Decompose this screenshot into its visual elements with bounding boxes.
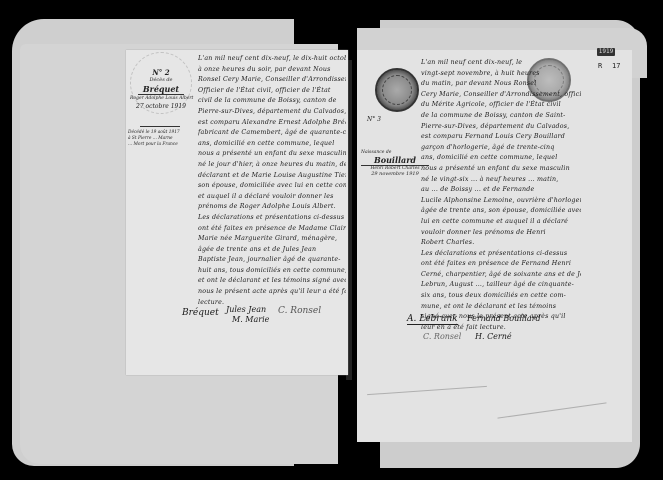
margin-divider: [140, 126, 180, 127]
paper-crease: [497, 402, 606, 418]
signature-declarant: Bréquet: [182, 308, 219, 318]
right-page: N° 3 Naissance de Bouillard Henri Robert…: [357, 50, 632, 442]
signature-declarant: Fernand Bouillard: [467, 314, 541, 323]
official-seal-icon: [375, 68, 419, 112]
folio-number: 17: [612, 62, 620, 70]
signature-witness-2: H. Cerné: [475, 332, 512, 341]
act-date: 29 novembre 1919: [361, 171, 429, 177]
signature-witness-1: Jules Jean: [226, 305, 266, 314]
act-given-names: Roger Adolphe Louis Albert: [130, 96, 192, 101]
left-act-body: L'an mil neuf cent dix-neuf, le dix-huit…: [198, 54, 346, 308]
signature-officer: C. Ronsel: [278, 306, 321, 316]
signature-witness-2: M. Marie: [232, 315, 269, 324]
right-act-number: N° 3: [359, 116, 389, 123]
act-number: N° 2: [130, 68, 192, 77]
act-surname: Bréquet: [138, 84, 184, 95]
paper-crease: [367, 386, 487, 395]
act-date: 27 octobre 1919: [130, 103, 192, 110]
folio-mark: R: [598, 62, 602, 70]
left-page: N° 2 Décès de Bréquet Roger Adolphe Loui…: [126, 50, 348, 375]
reference-tab: 1919: [597, 48, 615, 56]
right-margin-annotation: Naissance de Bouillard Henri Robert Char…: [361, 150, 429, 177]
signature-officer: C. Ronsel: [423, 332, 461, 341]
act-caption: Décès de: [130, 77, 192, 83]
right-act-body: L'an mil neuf cent dix-neuf, le vingt-se…: [421, 58, 581, 333]
act-surname: Bouillard: [361, 155, 429, 166]
left-margin-annotation: N° 2 Décès de Bréquet Roger Adolphe Loui…: [130, 68, 192, 110]
signature-witness-1: A. Lebrunk: [407, 314, 458, 325]
left-margin-death-note: Décédé le 19 août 1917 à St Pierre ... M…: [128, 130, 198, 148]
